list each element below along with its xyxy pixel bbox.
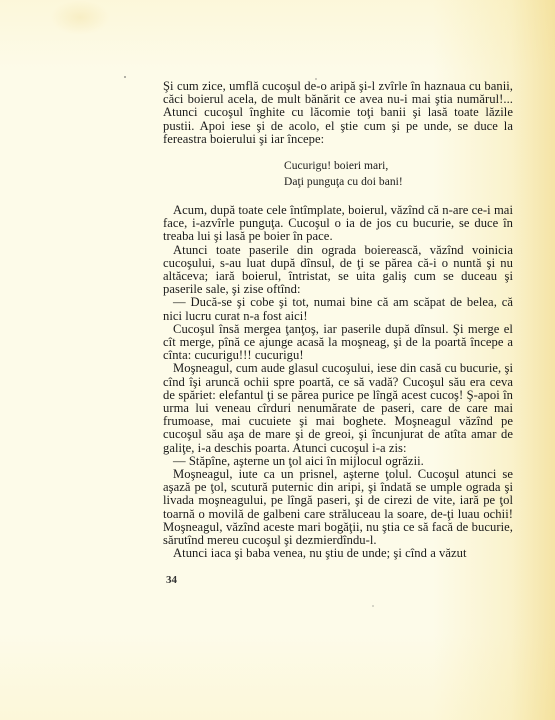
dialogue-line: — Ducă-se şi cobe şi tot, numai bine că … <box>163 296 513 322</box>
verse-line: Daţi punguţa cu doi bani! <box>284 174 513 190</box>
paragraph: Atunci iaca şi baba venea, nu ştiu de un… <box>163 547 513 560</box>
body-text: Şi cum zice, umflă cucoşul de-o aripă şi… <box>163 80 513 561</box>
page-number: 34 <box>166 574 177 586</box>
book-page: Şi cum zice, umflă cucoşul de-o aripă şi… <box>0 0 555 720</box>
paragraph: Acum, după toate cele întîmplate, boieru… <box>163 204 513 244</box>
paragraph: Cucoşul însă mergea ţanţoş, iar paserile… <box>163 323 513 363</box>
verse-block: Cucurigu! boieri mari, Daţi punguţa cu d… <box>284 158 513 190</box>
paragraph: Şi cum zice, umflă cucoşul de-o aripă şi… <box>163 80 513 146</box>
paper-speck <box>372 605 374 607</box>
paper-speck <box>124 76 126 78</box>
paper-stain <box>50 0 110 35</box>
verse-line: Cucurigu! boieri mari, <box>284 158 513 174</box>
paragraph: Moşneagul, cum aude glasul cucoşului, ie… <box>163 362 513 454</box>
paragraph: Atunci toate paserile din ograda boierea… <box>163 244 513 297</box>
paragraph: Moşneagul, iute ca un prisnel, aşterne ţ… <box>163 468 513 547</box>
